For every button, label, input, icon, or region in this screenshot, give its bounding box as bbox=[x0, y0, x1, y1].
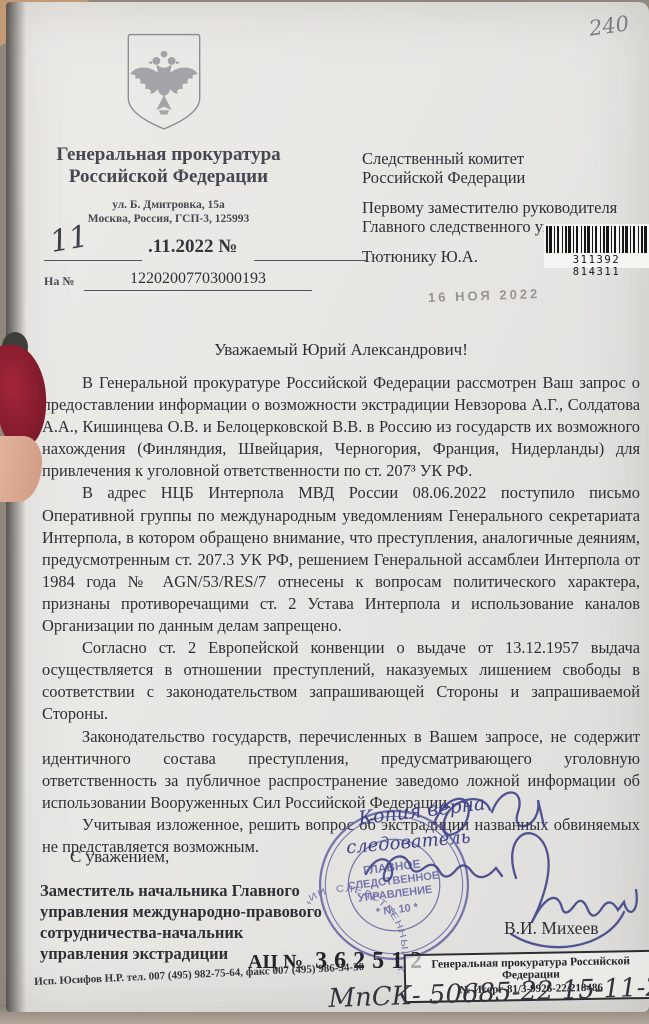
recipient-title-line1: Первому заместителю руководителя bbox=[362, 199, 642, 218]
fingertip bbox=[0, 436, 42, 502]
handwritten-registry-line: МпСК- 50685-22 15-11-22 bbox=[328, 972, 649, 1014]
reference-row: На № 12202007703000193 bbox=[44, 270, 354, 296]
recipient-org-line1: Следственный комитет bbox=[362, 150, 642, 169]
signer-name: В.И. Михеев bbox=[504, 918, 598, 939]
red-fingernail bbox=[0, 342, 51, 451]
document-page: 240 Генеральная прокуратура Российской Ф… bbox=[6, 2, 649, 1012]
closing-regards: С уважением, bbox=[70, 847, 169, 867]
barcode: 311392 814311 bbox=[546, 226, 647, 266]
org-name-line1: Генеральная прокуратура bbox=[46, 144, 291, 166]
barcode-digits: 311392 814311 bbox=[546, 254, 647, 278]
date-underline bbox=[44, 260, 142, 261]
signer-title-line1: Заместитель начальника Главного bbox=[40, 880, 340, 901]
address-line1: ул. Б. Дмитровка, 15а bbox=[46, 198, 291, 212]
letterhead-org-name: Генеральная прокуратура Российской Федер… bbox=[46, 144, 291, 188]
paragraph-1: В Генеральной прокуратуре Российской Фед… bbox=[42, 372, 640, 482]
ref-number: 12202007703000193 bbox=[84, 270, 312, 291]
coat-of-arms-eagle-icon bbox=[118, 32, 210, 134]
paragraph-3: Согласно ст. 2 Европейской конвенции о в… bbox=[42, 637, 640, 725]
org-name-line2: Российской Федерации bbox=[46, 166, 291, 188]
handwritten-page-number: 240 bbox=[587, 11, 630, 40]
recipient-org-line2: Российской Федерации bbox=[362, 169, 642, 188]
salutation: Уважаемый Юрий Александрович! bbox=[42, 340, 640, 360]
signer-title-line3: сотрудничества-начальник bbox=[40, 922, 340, 943]
ref-label: На № bbox=[44, 274, 74, 289]
photo-of-document: { "annotations": { "page_number": "240",… bbox=[0, 0, 649, 1024]
number-underline bbox=[254, 260, 366, 261]
photo-background: 240 Генеральная прокуратура Российской Ф… bbox=[0, 0, 649, 1024]
received-date-stamp: 16 НОЯ 2022 bbox=[428, 286, 541, 305]
handwritten-day: 11 bbox=[47, 219, 91, 260]
barcode-bars bbox=[546, 226, 647, 253]
signer-title-line2: управления международно-правового bbox=[40, 901, 340, 922]
date-row: 11 .11.2022 № bbox=[44, 230, 354, 266]
finger-holding-page bbox=[6, 338, 54, 510]
paragraph-2: В адрес НЦБ Интерпола МВД России 08.06.2… bbox=[42, 482, 640, 637]
signature-scribbles bbox=[306, 782, 649, 967]
date-printed: .11.2022 № bbox=[148, 236, 237, 258]
